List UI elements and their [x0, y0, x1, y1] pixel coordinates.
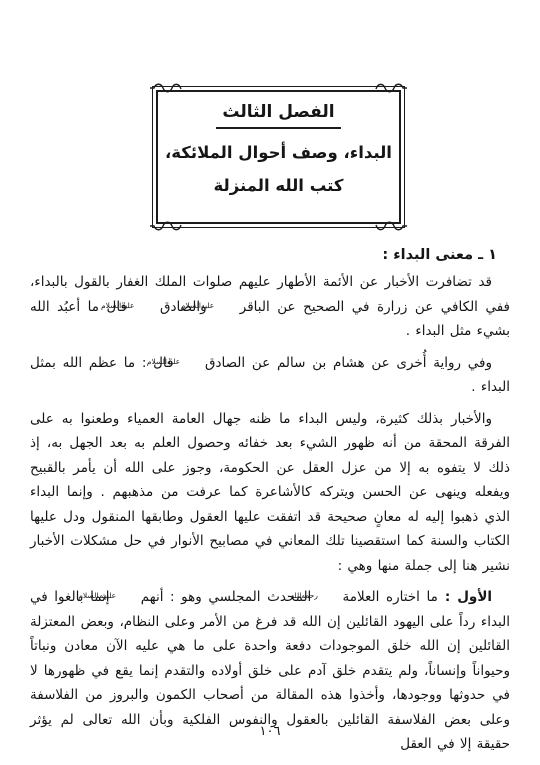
- page-number: ١٠٦: [0, 724, 540, 739]
- corner-ornament-icon: [149, 219, 183, 233]
- text-segment: الأول :: [438, 589, 492, 605]
- paragraph: والأخبار بذلك كثيرة، وليس البداء ما ظنه …: [30, 407, 510, 579]
- chapter-heading: الفصل الثالث: [216, 102, 340, 129]
- paragraph: وفي رواية أُخرى عن هشام بن سالم عن الصاد…: [30, 351, 510, 400]
- corner-ornament-icon: [374, 219, 408, 233]
- book-page: الفصل الثالث البداء، وصف أحوال الملائكة،…: [0, 0, 540, 765]
- paragraph: قد تضافرت الأخبار عن الأئمة الأطهار عليه…: [30, 270, 510, 344]
- honorific-mark: عليه‌السلام: [180, 358, 198, 366]
- chapter-subtitle-line1: البداء، وصف أحوال الملائكة،: [165, 143, 392, 162]
- body-text-block: ١ ـ معنى البداء : قد تضافرت الأخبار عن ا…: [30, 247, 510, 764]
- chapter-title-frame: الفصل الثالث البداء، وصف أحوال الملائكة،…: [156, 90, 401, 224]
- text-segment: ما اختاره العلامة: [336, 589, 438, 605]
- chapter-title-box: الفصل الثالث البداء، وصف أحوال الملائكة،…: [152, 86, 405, 228]
- honorific-mark: عليهم‌السلام: [116, 592, 134, 600]
- honorific-mark: عليه‌السلام: [134, 302, 152, 310]
- honorific-mark: عليه‌السلام: [214, 302, 232, 310]
- corner-ornament-icon: [374, 81, 408, 95]
- text-segment: وفي رواية أُخرى عن هشام بن سالم عن الصاد…: [198, 355, 492, 371]
- section-heading: ١ ـ معنى البداء :: [30, 247, 510, 263]
- honorific-mark: رحمه‌الله: [318, 592, 336, 600]
- text-segment: والأخبار بذلك كثيرة، وليس البداء ما ظنه …: [30, 411, 510, 574]
- chapter-subtitle-line2: كتب الله المنزلة: [214, 176, 344, 195]
- corner-ornament-icon: [149, 81, 183, 95]
